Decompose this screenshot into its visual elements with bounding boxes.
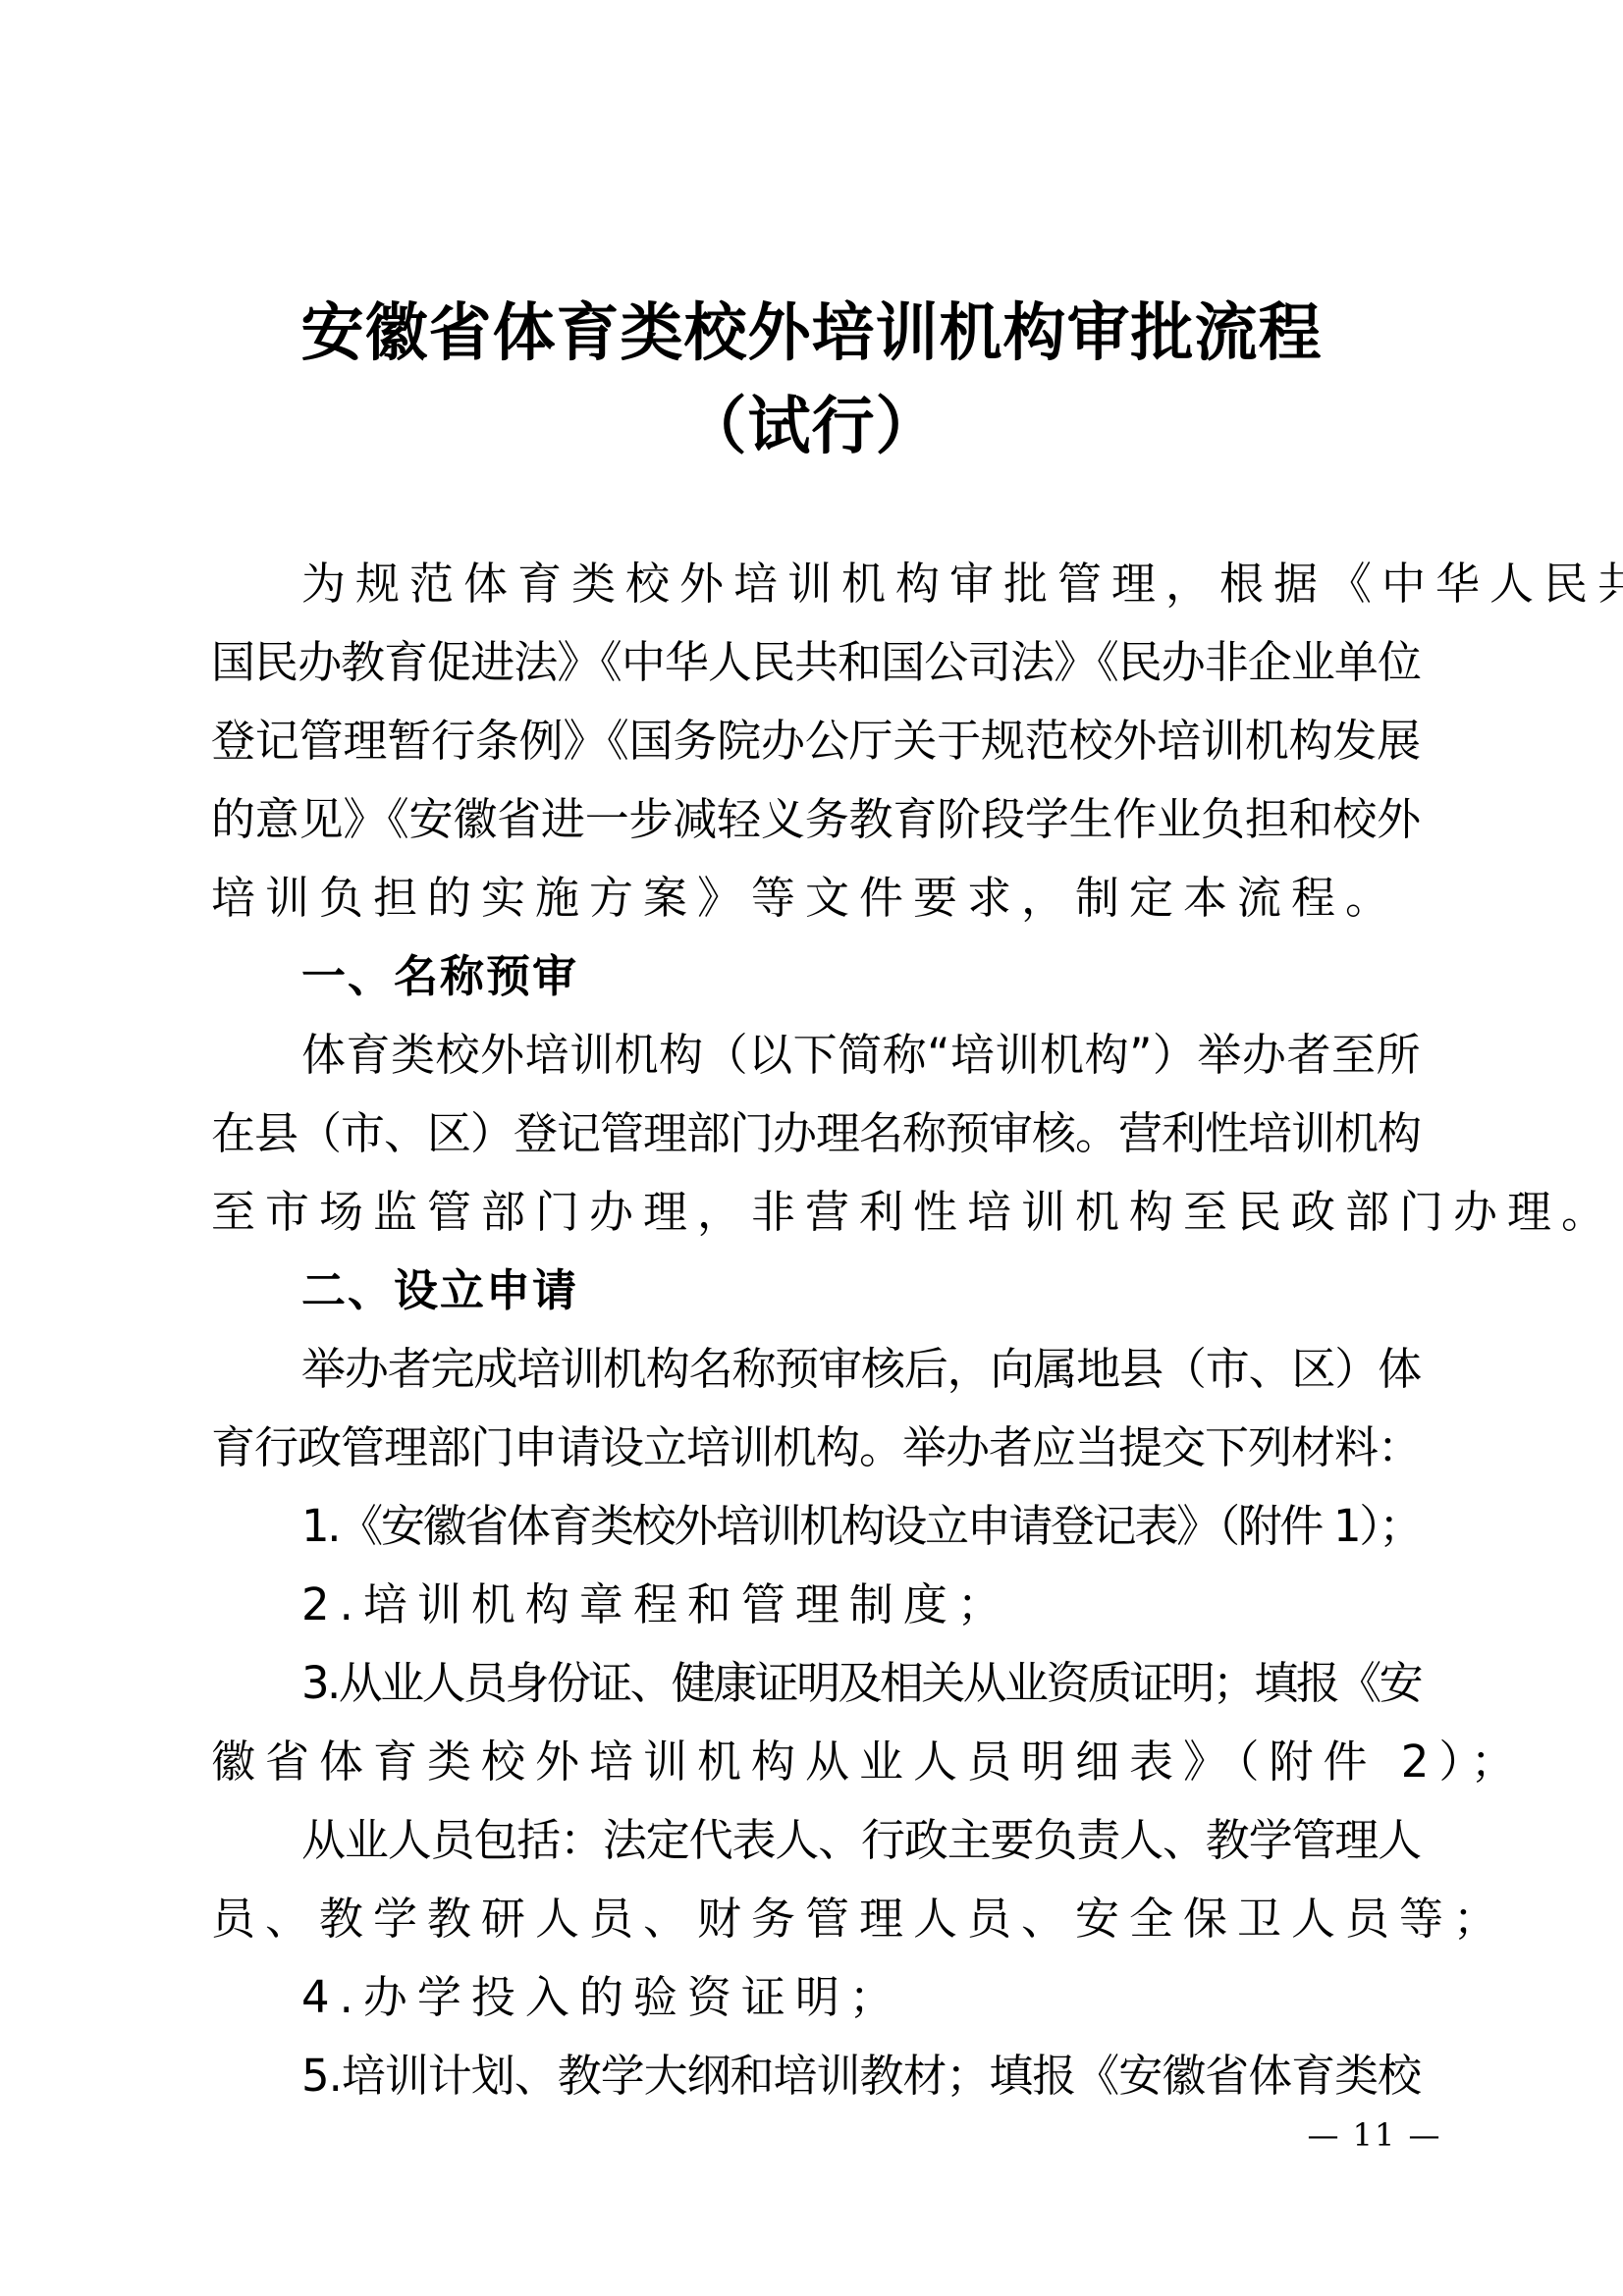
section-heading-application: 二、设立申请 bbox=[211, 1252, 1421, 1330]
paragraph-line: 国民办教育促进法》《中华人民共和国公司法》《民办非企业单位 bbox=[211, 623, 1421, 702]
page-number: — 11 — bbox=[1306, 2115, 1443, 2155]
list-item: 2.培训机构章程和管理制度； bbox=[211, 1566, 1421, 1644]
paragraph-line: 员、教学教研人员、财务管理人员、安全保卫人员等； bbox=[211, 1880, 1421, 1958]
list-item: 3.从业人员身份证、健康证明及相关从业资质证明；填报《安 bbox=[211, 1644, 1421, 1723]
document-body: 为规范体育类校外培训机构审批管理，根据《中华人民共和 国民办教育促进法》《中华人… bbox=[211, 545, 1421, 2115]
paragraph-line: 至市场监管部门办理，非营利性培训机构至民政部门办理。 bbox=[211, 1173, 1421, 1252]
paragraph-line: 体育类校外培训机构（以下简称“培训机构”）举办者至所 bbox=[211, 1016, 1421, 1095]
list-item: 4.办学投入的验资证明； bbox=[211, 1958, 1421, 2037]
document-title: 安徽省体育类校外培训机构审批流程 bbox=[0, 294, 1623, 373]
paragraph-line: 培训负担的实施方案》等文件要求，制定本流程。 bbox=[211, 859, 1421, 937]
paragraph-line: 的意见》《安徽省进一步减轻义务教育阶段学生作业负担和校外 bbox=[211, 780, 1421, 859]
list-item: 1.《安徽省体育类校外培训机构设立申请登记表》（附件 1）； bbox=[211, 1487, 1421, 1566]
document-page: 安徽省体育类校外培训机构审批流程 （试行） 为规范体育类校外培训机构审批管理，根… bbox=[0, 0, 1623, 2296]
paragraph-line: 在县（市、区）登记管理部门办理名称预审核。营利性培训机构 bbox=[211, 1095, 1421, 1173]
paragraph-line: 从业人员包括：法定代表人、行政主要负责人、教学管理人 bbox=[211, 1801, 1421, 1880]
section-heading-name-review: 一、名称预审 bbox=[211, 937, 1421, 1016]
list-item-continuation: 徽省体育类校外培训机构从业人员明细表》（附件 2）； bbox=[211, 1723, 1421, 1801]
paragraph-line: 育行政管理部门申请设立培训机构。举办者应当提交下列材料： bbox=[211, 1409, 1421, 1487]
paragraph-line: 登记管理暂行条例》《国务院办公厅关于规范校外培训机构发展 bbox=[211, 702, 1421, 780]
list-item: 5.培训计划、教学大纲和培训教材；填报《安徽省体育类校 bbox=[211, 2037, 1421, 2115]
paragraph-line: 举办者完成培训机构名称预审核后，向属地县（市、区）体 bbox=[211, 1330, 1421, 1409]
document-subtitle: （试行） bbox=[0, 388, 1623, 466]
paragraph-line: 为规范体育类校外培训机构审批管理，根据《中华人民共和 bbox=[211, 545, 1421, 623]
